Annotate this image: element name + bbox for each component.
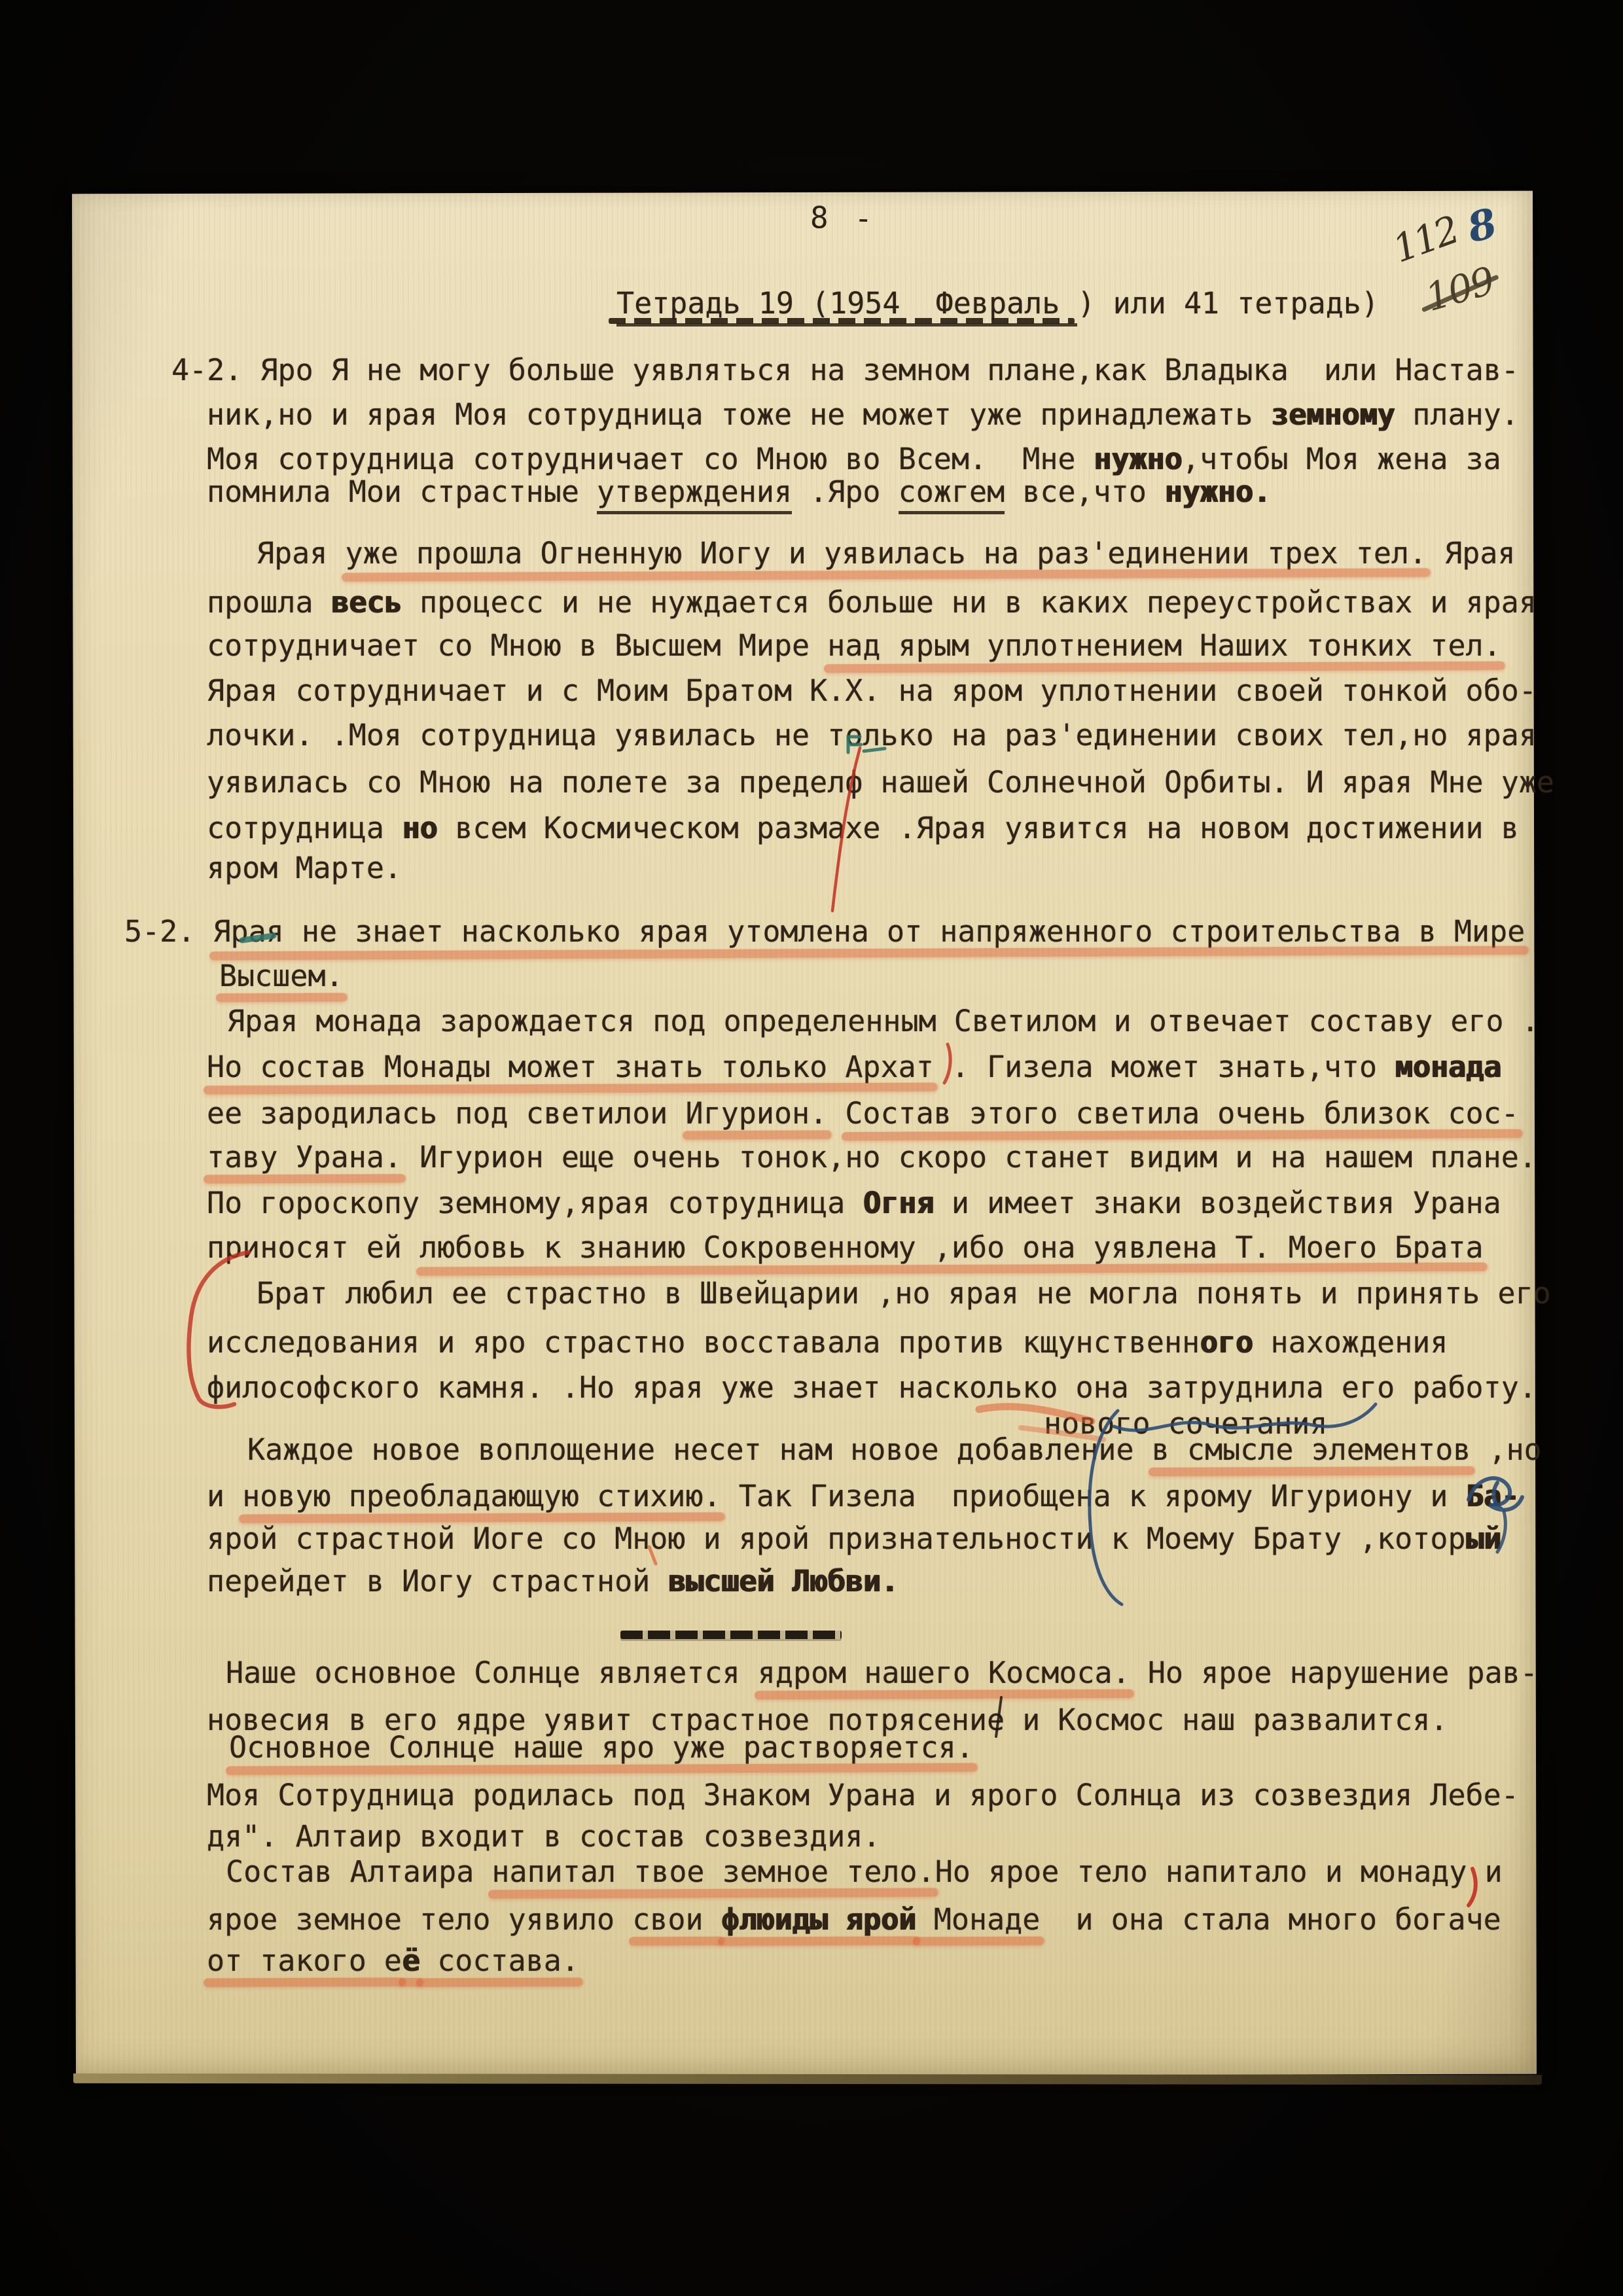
typed-text-segment: перейдет в Иогу страстной [207,1564,668,1598]
typed-text-overstruck: весь [331,585,402,620]
typed-line: лочки. .Моя сотрудница уявилась не тольк… [207,718,1537,752]
typed-text-segment: Моя Сотрудница родилась под Знаком Урана… [207,1778,1519,1812]
typed-text-segment: ярое земное тело уявило [207,1902,632,1937]
typed-text-segment: приносят ей [207,1230,419,1265]
typed-text-segment: Но ярое нарушение рав- [1130,1655,1538,1690]
typed-line: Ярая сотрудничает и с Моим Братом К.Х. н… [207,674,1537,708]
typed-text-red-underlined: флюиды ярой [721,1902,916,1937]
typed-text-underlined: утверждения [597,474,792,514]
typed-text-segment: ,но [1471,1432,1541,1467]
scanned-document-page: { "document_type": "scanned typewritten … [0,0,1623,2296]
typed-text-segment: и [207,1479,242,1513]
typed-text-segment: сотрудница [207,811,402,845]
typed-text-segment: Ярая [1427,536,1515,571]
typed-text-red-underlined: уже прошла Огненную Иогу и уявилась на р… [345,536,1427,571]
typed-line: Состав Алтаира напитал твое земное тело.… [226,1855,1503,1889]
notebook-title-rest: ) или 41 тетрадь) [1077,286,1379,321]
typed-text-red-underlined: Ярая не знает насколько ярая утомлена от… [213,914,1525,949]
typed-dashed-underline [609,318,1075,324]
typed-line: Ярая монада зарождается под определенным… [227,1004,1539,1038]
typed-line: дя". Алтаир входит в состав созвездия. [207,1820,881,1854]
typed-text-segment: Но ярое тело напитало и монаду и [935,1854,1503,1889]
typed-text-segment: По гороскопу земному,ярая сотрудница [207,1186,863,1220]
typed-line: сотрудничает со Мною в Высшем Мире над я… [207,629,1501,663]
typed-text-segment: прошла [207,585,331,620]
typed-text-red-underlined: над ярым уплотнением Наших тонких тел. [827,628,1501,663]
typed-text-overstruck: нужно. [1164,474,1271,509]
typed-line: По гороскопу земному,ярая сотрудница Огн… [207,1186,1501,1220]
typed-text-segment: уявилась со Мною на полете за пределф на… [207,765,1554,800]
typed-text-segment: ее зародилась под светилои [207,1096,686,1131]
typed-text-segment: Игурион еще очень тонок,но скоро станет … [402,1140,1537,1174]
typed-text-red-underlined: в смысле элементов [1152,1432,1471,1467]
typed-line: ярое земное тело уявило свои флюиды ярой… [207,1903,1501,1937]
typed-text-segment: процесс и не нуждается больше ни в каких… [402,585,1537,620]
typed-text-segment: .Яро [792,474,899,509]
typed-text-segment: ,чтобы Моя жена за [1182,442,1501,476]
typed-line: перейдет в Иогу страстной высшей Любви. [207,1564,899,1598]
typed-text-overstruck: Огня [863,1186,933,1220]
typed-text-red-underlined: ё [402,1943,419,1978]
typed-text-overstruck: ого [1200,1325,1253,1360]
typed-line: Основное Солнце наше яро уже растворяетс… [229,1731,974,1765]
typed-line: Ярая уже прошла Огненную Иогу и уявилась… [257,537,1516,571]
typed-text-segment: и имеет знаки воздействия Урана [934,1186,1501,1220]
typed-line: Наше основное Солнце является ядром наше… [226,1656,1538,1690]
typed-text-segment: Состав Алтаира [226,1854,491,1889]
notebook-title: Тетрадь 19 (1954 Февраль ) или 41 тетрад… [616,287,1379,321]
typed-text-red-underlined: свои [632,1902,721,1937]
typed-text-red-underlined: Монаде [916,1902,1041,1937]
typed-text-red-underlined: новую преобладающую стихию. [242,1479,721,1513]
typed-line: Высшем. [219,959,344,993]
typed-line: Каждое новое воплощение несет нам новое … [247,1433,1542,1467]
typed-text-segment: Брат любил ее страстно в Швейцарии ,но я… [257,1276,1551,1311]
typed-text-red-underlined: Высшем. [219,959,344,993]
typed-line: помнила Мои страстные утверждения .Яро с… [207,475,1271,509]
typed-text-red-underlined: Состав этого светила очень близок сос- [845,1096,1519,1131]
typed-text-red-underlined: ядром нашего Космоса. [758,1655,1130,1690]
typed-line: и новую преобладающую стихию. Так Гизела… [207,1479,1519,1513]
typed-line: таву Урана. Игурион еще очень тонок,но с… [207,1140,1537,1174]
typed-text-segment: Ярая [257,536,345,571]
typed-text-red-underlined: Но состав Монады может знать только Арха… [207,1050,934,1084]
typed-text-overstruck: ый [1466,1521,1501,1556]
typed-line: ярой страстной Иоге со Мною и ярой призн… [207,1522,1501,1556]
typed-text-overstruck: Ба- [1466,1479,1519,1513]
typed-text-overstruck: но [402,811,437,845]
typed-text-segment: . Гизела может знать,что [934,1050,1395,1084]
typed-text-underlined: сожгем [899,474,1005,514]
typed-text-segment: всем Космическом размахе .Ярая уявится н… [437,811,1519,845]
typed-text-red-underlined: любовь к знанию Сокровенному ,ибо она уя… [419,1230,1484,1265]
typed-line: ник,но и ярая Моя сотрудница тоже не мож… [207,398,1519,432]
typed-text-red-underlined: напитал твое земное тело. [491,1854,935,1889]
typed-text-red-underlined: от такого е [207,1943,402,1978]
typed-line: яром Марте. [207,851,402,885]
typed-line: Моя Сотрудница родилась под Знаком Урана… [207,1778,1519,1812]
typed-text-segment: и она стала много богаче [1040,1902,1501,1937]
typed-text-segment: яром Марте. [207,851,402,885]
typed-line: философского камня. .Но ярая уже знает н… [207,1371,1537,1405]
typed-text-red-underlined: Основное Солнце наше яро уже растворяетс… [229,1730,974,1765]
typed-line: исследования и яро страстно восставала п… [207,1326,1448,1360]
typed-text-overstruck: нужно [1094,442,1182,476]
typed-text-overstruck: высшей Любви. [668,1564,898,1598]
typed-text-segment: исследования и яро страстно восставала п… [207,1325,1200,1360]
typed-line: ее зародилась под светилои Игурион. Сост… [207,1097,1519,1131]
typed-text-segment: философского камня. .Но ярая уже знает н… [207,1370,1537,1405]
typed-text-overstruck: монада [1395,1050,1501,1084]
typed-line: 4-2. Яро Я не могу больше уявляться на з… [171,353,1519,387]
typed-text-segment: Каждое новое воплощение несет нам новое … [247,1432,1152,1467]
typed-text-segment: плану. [1395,397,1519,432]
typed-divider-line [620,1631,842,1639]
typed-text-segment: лочки. .Моя сотрудница уявилась не тольк… [207,718,1537,752]
typed-text-segment: ник,но и ярая Моя сотрудница тоже не мож… [207,397,1271,432]
typed-line: прошла весь процесс и не нуждается больш… [207,586,1537,620]
page-number-typed: 8 - [810,201,877,235]
typed-text-segment: сотрудничает со Мною в Высшем Мире [207,628,827,663]
typed-line: 5-2. Ярая не знает насколько ярая утомле… [124,915,1525,949]
typed-line: Моя сотрудница сотрудничает со Мною во В… [207,442,1501,476]
typed-text-segment: нахождения [1253,1325,1448,1360]
typed-line: от такого её состава. [207,1944,579,1978]
typed-text-overstruck: земному [1271,397,1395,432]
typed-text-red-underlined: таву Урана. [207,1140,402,1174]
typed-line: Брат любил ее страстно в Швейцарии ,но я… [257,1277,1551,1311]
typed-text-segment: все,что [1005,474,1164,509]
typed-text-segment [827,1096,845,1131]
typed-text-segment: Так Гизела приобщена к ярому Игуриону и [721,1479,1466,1513]
typed-line: уявилась со Мною на полете за пределф на… [207,766,1554,800]
typed-text-red-underlined: состава. [419,1943,579,1978]
typed-line: сотрудница но всем Космическом размахе .… [207,811,1519,845]
typed-text-segment: Ярая монада зарождается под определенным… [227,1004,1539,1038]
typed-text-segment: 4-2. Яро Я не могу больше уявляться на з… [171,353,1519,387]
typed-line: приносят ей любовь к знанию Сокровенному… [207,1231,1484,1265]
typed-text-segment: дя". Алтаир входит в состав созвездия. [207,1819,881,1854]
typed-text-segment: Ярая сотрудничает и с Моим Братом К.Х. н… [207,673,1537,708]
typed-text-red-underlined: Игурион. [686,1096,828,1131]
typed-text-segment: помнила Мои страстные [207,474,597,509]
typed-line: Но состав Монады может знать только Арха… [207,1050,1501,1084]
typed-text-segment: 5-2. [124,914,213,949]
typed-text-segment: ярой страстной Иоге со Мною и ярой призн… [207,1521,1466,1556]
typed-text-segment: Наше основное Солнце является [226,1655,758,1690]
typed-text-segment: Моя сотрудница сотрудничает со Мною во В… [207,442,1094,476]
